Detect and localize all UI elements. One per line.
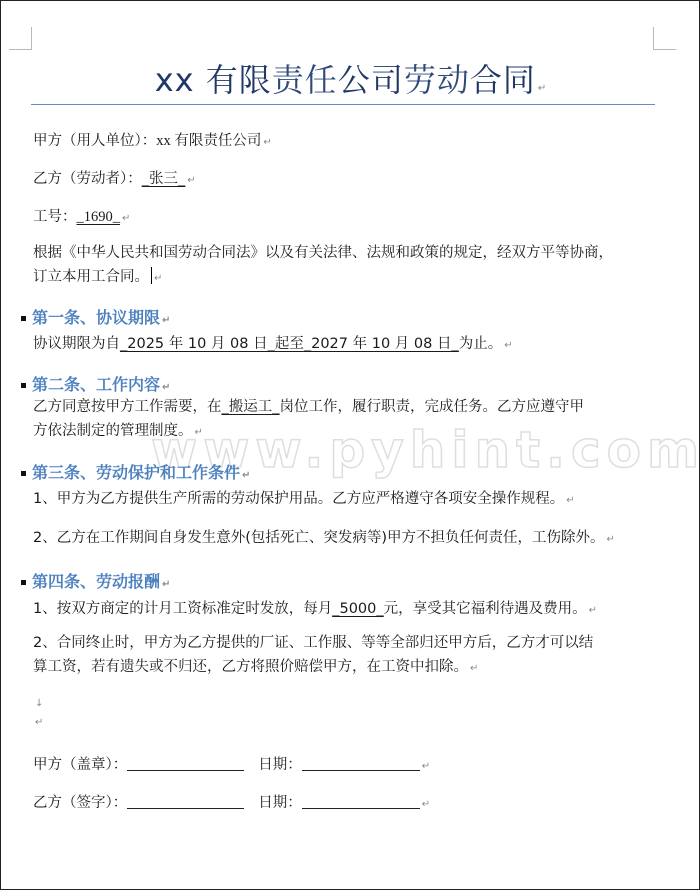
paragraph-mark-icon: ↵ [187,175,195,186]
title-part: 公司 [338,61,404,99]
end-date: _2027 年 10 月 08 日_ [304,336,459,352]
job-position: _搬运工_ [222,399,280,415]
title-part: 合同 [470,61,536,99]
pay-item-2-line: 算工资，若有遗失或不归还，乙方将照价赔偿甲方，在工资中扣除。 [33,659,468,675]
pay-item-1[interactable]: 1、按双方商定的计月工资标准定时发放，每月_5000_元，享受其它福利待遇及费用… [33,597,597,618]
protection-item-1[interactable]: 1、甲方为乙方提供生产所需的劳动保护用品。乙方应严格遵守各项安全操作规程。↵ [33,487,575,508]
employee-id-line[interactable]: 工号：_1690_↵ [33,205,130,226]
term-line[interactable]: 协议期限为自_2025 年 10 月 08 日_起至_2027 年 10 月 0… [33,332,513,353]
line-break-mark-icon: ↓ [35,698,43,709]
paragraph-mark-icon: ↵ [589,605,597,616]
paragraph-mark-icon: ↵ [162,315,170,326]
party-a-value: xx 有限责任公司 [156,133,261,149]
paragraph-mark-icon: ↵ [263,137,271,148]
section-3-heading[interactable]: 第三条、劳动保护和工作条件↵ [21,460,250,483]
employee-id-value: _1690_ [77,209,121,225]
paragraph-mark-icon: ↵ [162,579,170,590]
document-title[interactable]: xx 有限责任公司劳动合同↵ [1,55,700,101]
signature-row-party-b[interactable]: 乙方（签字）：日期：↵ [33,791,430,812]
bullet-icon [21,316,26,321]
start-date: _2025 年 10 月 08 日_ [120,336,275,352]
party-b-name: _张三_ [142,171,186,187]
item-text: 1、甲方为乙方提供生产所需的劳动保护用品。乙方应严格遵守各项安全操作规程。 [33,491,564,507]
margin-corner-top-left [9,27,32,50]
monthly-salary: _5000_ [332,601,383,617]
signature-label: 甲方（盖章）： [33,757,127,773]
bullet-icon [21,383,26,388]
party-b-line[interactable]: 乙方（劳动者）：_张三_↵ [33,167,196,188]
heading-text: 第一条、协议期限 [32,308,160,327]
pay-prefix: 1、按双方商定的计月工资标准定时发放，每月 [33,601,332,617]
date-label: 日期： [258,795,302,811]
date-blank[interactable] [302,756,420,771]
heading-text: 第三条、劳动保护和工作条件 [32,463,240,482]
heading-text: 第二条、工作内容 [32,375,160,394]
term-mid: 起至 [275,336,304,352]
signature-row-party-a[interactable]: 甲方（盖章）：日期：↵ [33,753,430,774]
party-a-line[interactable]: 甲方（用人单位）：xx 有限责任公司↵ [33,129,272,150]
title-underline-rule [31,104,655,105]
date-blank[interactable] [302,794,420,809]
work-content-paragraph[interactable]: 乙方同意按甲方工作需要，在_搬运工_岗位工作，履行职责，完成任务。乙方应遵守甲 … [33,395,673,445]
paragraph-mark-icon: ↵ [162,382,170,393]
bullet-icon [21,580,26,585]
pay-item-2[interactable]: 2、合同终止时，甲方为乙方提供的厂证、工作服、等等全部归还甲方后，乙方才可以结 … [33,631,673,681]
party-b-label: 乙方（劳动者）： [33,171,142,187]
intro-line: 根据《中华人民共和国劳动合同法》以及有关法律、法规和政策的规定，经双方平等协商， [33,241,673,265]
pay-item-2-line: 2、合同终止时，甲方为乙方提供的厂证、工作服、等等全部归还甲方后，乙方才可以结 [33,631,673,655]
section-1-heading[interactable]: 第一条、协议期限↵ [21,305,170,328]
work-prefix: 乙方同意按甲方工作需要，在 [33,399,222,415]
paragraph-mark-icon: ↵ [504,340,512,351]
margin-corner-top-right [653,27,676,50]
title-part: xx 有限 [155,61,272,99]
paragraph-mark-icon: ↵ [35,717,43,728]
signature-blank[interactable] [127,794,244,809]
party-a-label: 甲方（用人单位）： [33,133,156,149]
paragraph-mark-icon: ↵ [154,273,162,284]
paragraph-mark-icon: ↵ [195,427,203,438]
work-suffix: 岗位工作，履行职责，完成任务。乙方应遵守甲 [280,399,585,415]
paragraph-mark-icon: ↵ [538,83,547,94]
paragraph-mark-icon: ↵ [242,470,250,481]
work-line-2: 方依法制定的管理制度。 [33,423,193,439]
paragraph-mark-icon: ↵ [422,799,430,810]
signature-label: 乙方（签字）： [33,795,127,811]
bullet-icon [21,471,26,476]
paragraph-mark-icon: ↵ [607,534,615,545]
date-label: 日期： [258,757,302,773]
item-text: 2、乙方在工作期间自身发生意外(包括死亡、突发病等)甲方不担负任何责任，工伤除外… [33,530,605,546]
paragraph-mark-icon: ↵ [122,213,130,224]
section-2-heading[interactable]: 第二条、工作内容↵ [21,372,170,395]
protection-item-2[interactable]: 2、乙方在工作期间自身发生意外(包括死亡、突发病等)甲方不担负任何责任，工伤除外… [33,526,615,547]
text-cursor [151,267,152,284]
title-part: 责任 [272,61,338,99]
term-prefix: 协议期限为自 [33,336,120,352]
heading-text: 第四条、劳动报酬 [32,572,160,591]
intro-line: 订立本用工合同。 [33,269,149,285]
pay-suffix: 元，享受其它福利待遇及费用。 [384,601,587,617]
employee-id-label: 工号： [33,209,77,225]
paragraph-mark-icon: ↵ [422,761,430,772]
section-4-heading[interactable]: 第四条、劳动报酬↵ [21,569,170,592]
paragraph-mark-icon: ↵ [566,495,574,506]
intro-paragraph[interactable]: 根据《中华人民共和国劳动合同法》以及有关法律、法规和政策的规定，经双方平等协商，… [33,241,673,291]
term-suffix: 为止。 [459,336,503,352]
document-page: xx 有限责任公司劳动合同↵ 甲方（用人单位）：xx 有限责任公司↵ 乙方（劳动… [0,0,700,890]
signature-blank[interactable] [127,756,244,771]
title-part: 劳动 [404,61,470,99]
paragraph-mark-icon: ↵ [470,663,478,674]
